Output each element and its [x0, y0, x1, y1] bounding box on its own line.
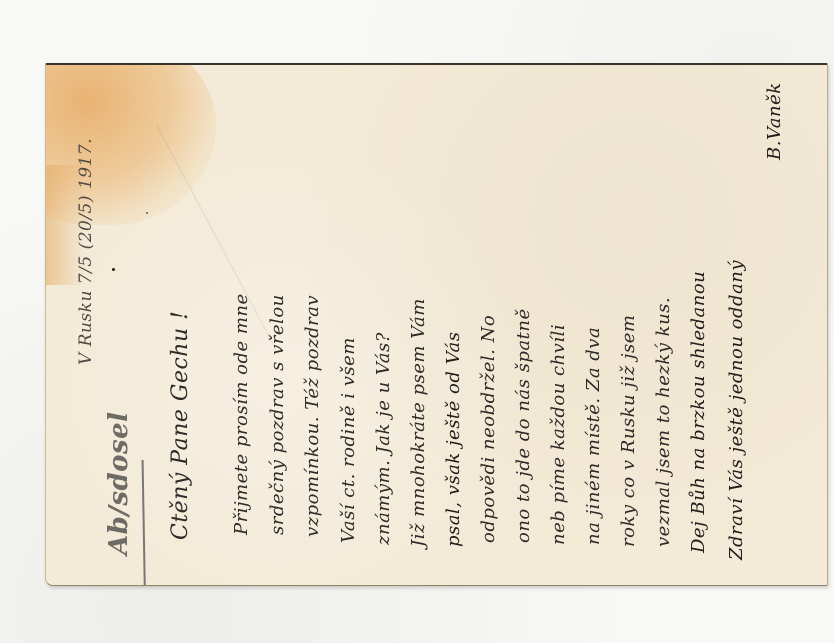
body-line-10: neb píme každou chvíli	[548, 324, 569, 545]
body-line-13: vezmal jsem to hezký kus.	[653, 297, 674, 547]
body-line-2: srdečný pozdrav s vřelou	[267, 294, 288, 535]
body-line-5: známým. Jak je u Vás?	[373, 332, 394, 545]
greeting-line: Ctěný Pane Gechu !	[168, 311, 193, 540]
body-line-1: Přijmete prosím ode mne	[231, 293, 252, 535]
place-date-line: V Rusku 7/5 (20/5) 1917.	[76, 138, 96, 365]
paper-texture	[46, 65, 827, 585]
body-line-3: vzpomínkou. Též pozdrav	[302, 295, 323, 537]
ink-speck	[146, 212, 148, 214]
pencil-underline	[142, 460, 146, 586]
postcard: V Rusku 7/5 (20/5) 1917. Ab/sdosel Ctěný…	[45, 63, 828, 586]
closing-line: Zdraví Vás ještě jednou oddaný	[726, 260, 747, 560]
body-line-12: roky co v Rusku již jsem	[618, 315, 639, 547]
body-line-8: odpovědi neobdržel. No	[478, 315, 499, 543]
body-line-6: Již mnohokráte psem Vám	[408, 298, 429, 547]
pencil-note: Ab/sdosel	[104, 411, 134, 555]
water-stain	[45, 63, 216, 225]
body-line-11: na jiném místě. Za dva	[583, 327, 604, 545]
body-line-7: psal, však ještě od Vás	[443, 332, 464, 547]
body-line-9: ono to jde do nás špatně	[513, 308, 534, 543]
body-line-14: Dej Bůh na brzkou shledanou	[688, 271, 709, 553]
signature: B.Vaněk	[764, 82, 785, 160]
ink-speck	[112, 268, 115, 271]
body-line-4: Vaší ct. rodině i všem	[338, 337, 359, 543]
